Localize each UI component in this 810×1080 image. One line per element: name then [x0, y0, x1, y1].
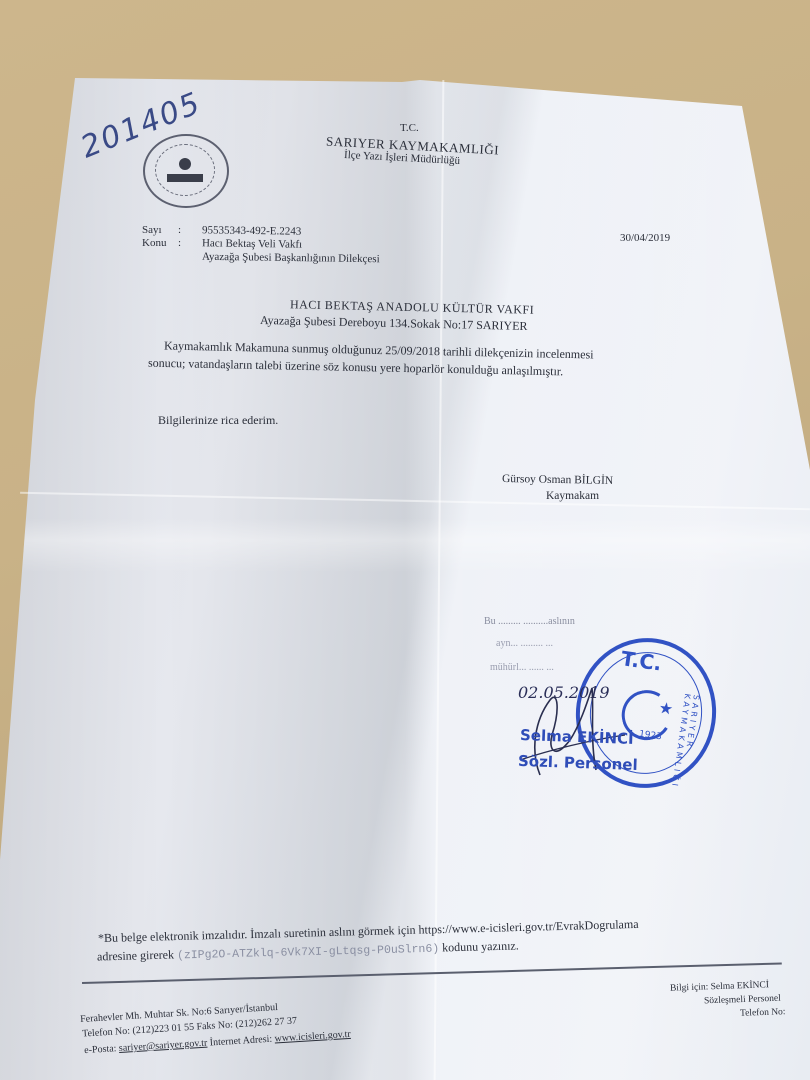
- verification-suffix: kodunu yazınız.: [439, 938, 519, 954]
- sayi-label: Sayı: [142, 224, 162, 236]
- official-letter: 201405 T.C. SARIYER KAYMAKAMLIĞI İlçe Ya…: [0, 0, 810, 1080]
- certification-line-2: ayn... ......... ...: [496, 638, 553, 649]
- konu-colon: :: [178, 237, 181, 249]
- sayi-colon: :: [178, 224, 181, 236]
- konu-label: Konu: [142, 237, 166, 249]
- konu-line1: Hacı Bektaş Veli Vakfı: [202, 237, 302, 250]
- header-tc: T.C.: [400, 122, 419, 134]
- signatory-title: Kaymakam: [546, 490, 599, 502]
- email-label: e-Posta:: [84, 1043, 119, 1056]
- verification-prefix: adresine girerek: [97, 947, 177, 963]
- web-label: İnternet Adresi:: [207, 1034, 275, 1049]
- info-contact-role: Sözleşmeli Personel: [704, 994, 781, 1007]
- website-link[interactable]: www.icisleri.gov.tr: [274, 1029, 351, 1045]
- footer-divider: [82, 962, 782, 983]
- info-contact-phone: Telefon No:: [740, 1007, 786, 1019]
- certification-line-3: mühürl... ...... ...: [490, 662, 554, 673]
- document-date: 30/04/2019: [620, 232, 670, 244]
- konu-line2: Ayazağa Şubesi Başkanlığının Dilekçesi: [202, 251, 380, 265]
- info-contact-name: Bilgi için: Selma EKİNCİ: [670, 980, 769, 993]
- signatory-name: Gürsoy Osman BİLGİN: [502, 473, 613, 487]
- sayi-value: 95535343-492-E.2243: [202, 224, 301, 237]
- email-link[interactable]: sariyer@sariyer.gov.tr: [119, 1038, 208, 1054]
- closing-line: Bilgilerinize rica ederim.: [158, 413, 278, 428]
- verification-code: (zIPg2O-ATZklq-6Vk7XI-gLtqsg-P0uSlrn6): [177, 943, 440, 963]
- ministry-emblem-icon: [143, 134, 229, 208]
- certification-line-1: Bu ......... ..........aslının: [484, 616, 575, 627]
